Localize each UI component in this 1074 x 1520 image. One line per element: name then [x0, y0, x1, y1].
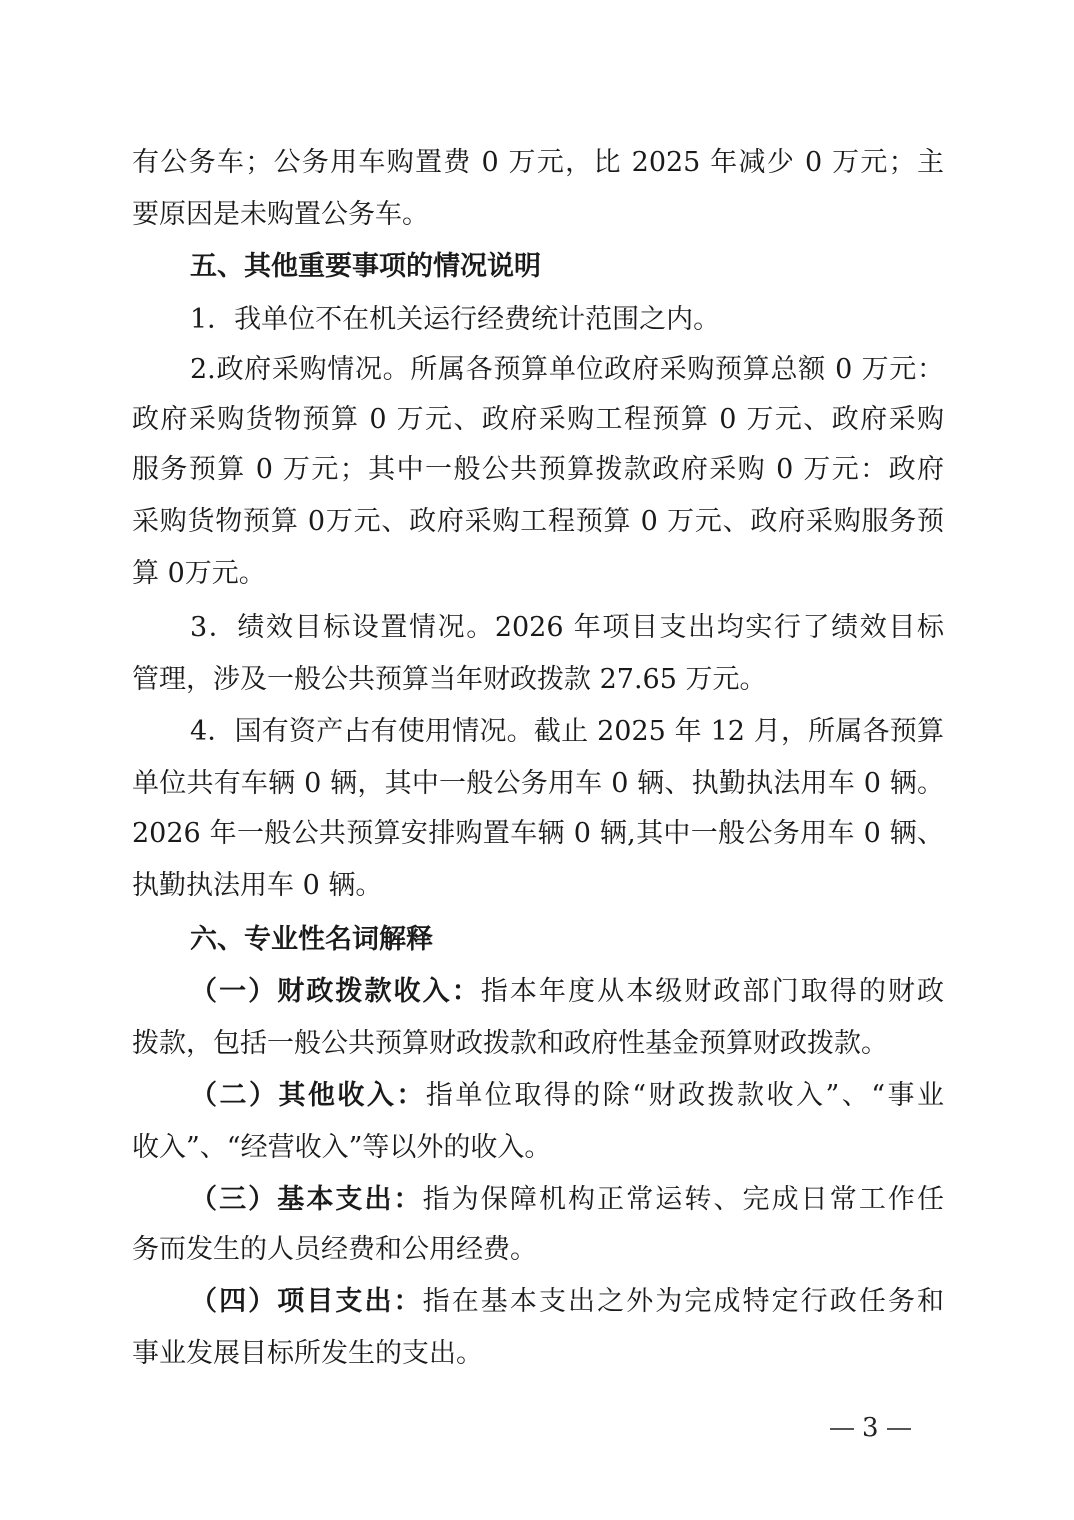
paragraph-line: 政府采购货物预算 0 万元、政府采购工程预算 0 万元、政府采购 [132, 400, 944, 440]
page-number-value: 3 [862, 1413, 879, 1443]
term-definition-1: （一）财政拨款收入：指本年度从本级财政部门取得的财政 [190, 972, 944, 1012]
page-number: 3 [822, 1410, 912, 1446]
paragraph-line: 2.政府采购情况。所属各预算单位政府采购预算总额 0 万元： [190, 350, 944, 390]
paragraph-line: 要原因是未购置公务车。 [132, 195, 944, 235]
term-label: （一）财政拨款收入： [190, 976, 481, 1007]
section-heading-6: 六、专业性名词解释 [190, 920, 944, 960]
paragraph-line: 有公务车；公务用车购置费 0 万元，比 2025 年减少 0 万元；主 [132, 143, 944, 183]
paragraph-line: 算 0万元。 [132, 554, 944, 594]
term-label: （四）项目支出： [190, 1286, 423, 1317]
paragraph-line: 拨款，包括一般公共预算财政拨款和政府性基金预算财政拨款。 [132, 1024, 944, 1064]
section-heading-5: 五、其他重要事项的情况说明 [190, 247, 944, 287]
paragraph-line: 收入”、“经营收入”等以外的收入。 [132, 1128, 944, 1168]
term-text: 指单位取得的除“财政拨款收入”、“事业 [426, 1080, 944, 1111]
paragraph-line: 务而发生的人员经费和公用经费。 [132, 1230, 944, 1270]
term-text: 指本年度从本级财政部门取得的财政 [481, 976, 944, 1007]
paragraph-line: 服务预算 0 万元；其中一般公共预算拨款政府采购 0 万元：政府 [132, 450, 944, 490]
term-label: （二）其他收入： [190, 1080, 426, 1111]
term-definition-3: （三）基本支出：指为保障机构正常运转、完成日常工作任 [190, 1180, 944, 1220]
paragraph-line: 单位共有车辆 0 辆，其中一般公务用车 0 辆、执勤执法用车 0 辆。 [132, 764, 944, 804]
paragraph-line: 管理，涉及一般公共预算当年财政拨款 27.65 万元。 [132, 660, 944, 700]
paragraph-line: 执勤执法用车 0 辆。 [132, 866, 944, 906]
term-definition-2: （二）其他收入：指单位取得的除“财政拨款收入”、“事业 [190, 1076, 944, 1116]
term-text: 指在基本支出之外为完成特定行政任务和 [423, 1286, 944, 1317]
paragraph-line: 3．绩效目标设置情况。2026 年项目支出均实行了绩效目标 [190, 608, 944, 648]
paragraph-line: 采购货物预算 0万元、政府采购工程预算 0 万元、政府采购服务预 [132, 502, 944, 542]
document-page: 有公务车；公务用车购置费 0 万元，比 2025 年减少 0 万元；主 要原因是… [0, 0, 1074, 1520]
term-text: 指为保障机构正常运转、完成日常工作任 [423, 1184, 944, 1215]
paragraph-line: 1．我单位不在机关运行经费统计范围之内。 [190, 300, 944, 340]
dash-left [830, 1428, 854, 1430]
paragraph-line: 2026 年一般公共预算安排购置车辆 0 辆,其中一般公务用车 0 辆、 [132, 814, 944, 854]
paragraph-line: 4．国有资产占有使用情况。截止 2025 年 12 月，所属各预算 [190, 712, 944, 752]
dash-right [887, 1428, 911, 1430]
paragraph-line: 事业发展目标所发生的支出。 [132, 1334, 944, 1374]
term-label: （三）基本支出： [190, 1184, 423, 1215]
term-definition-4: （四）项目支出：指在基本支出之外为完成特定行政任务和 [190, 1282, 944, 1322]
